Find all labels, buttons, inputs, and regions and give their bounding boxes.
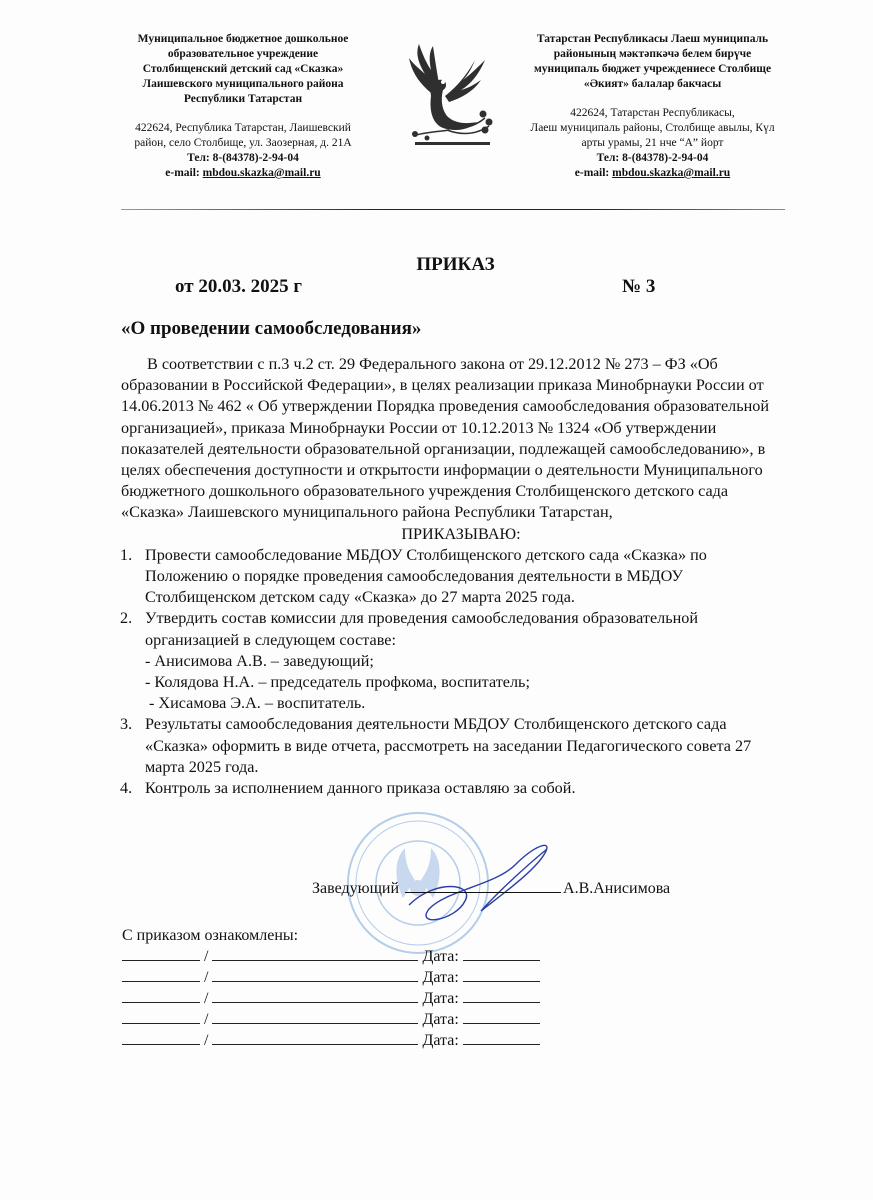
firebird-emblem-icon [385, 38, 495, 163]
acknowledgement-row: / Дата: [122, 967, 540, 988]
phone: Тел: 8-(84378)-2-94-04 [505, 151, 800, 166]
signer-position: Заведующий [312, 880, 399, 897]
signature-blank[interactable] [122, 988, 200, 1003]
commission-member: - Анисимова А.В. – заведующий; [121, 651, 801, 672]
signature-blank[interactable] [122, 1030, 200, 1045]
signature-blank[interactable] [122, 1009, 200, 1024]
email-link[interactable]: mbdou.skazka@mail.ru [612, 167, 730, 179]
item-number: 1. [120, 545, 132, 566]
email-label: e-mail: [165, 167, 202, 179]
preamble-line: бюджетного дошкольного образовательного … [121, 482, 728, 500]
order-items: 1. Провести самообследование МБДОУ Столб… [121, 545, 801, 799]
order-item: 2. Утвердить состав комиссии для проведе… [121, 608, 801, 650]
org-name-line: Татарстан Республикасы Лаеш муниципаль [505, 32, 800, 47]
acknowledgement-block: С приказом ознакомлены: / Дата: / Дата: … [122, 926, 540, 1051]
date-blank[interactable] [463, 946, 540, 961]
acknowledgement-row: / Дата: [122, 1030, 540, 1051]
header-left-russian: Муниципальное бюджетное дошкольное образ… [112, 32, 374, 181]
orders-heading: ПРИКАЗЫВАЮ: [121, 524, 801, 545]
preamble-line: показателей деятельности образовательной… [121, 440, 765, 458]
name-blank[interactable] [212, 946, 418, 961]
org-name-line: Столбищенский детский сад «Сказка» [112, 62, 374, 77]
date-label: Дата: [422, 1032, 458, 1049]
commission-member: - Колядова Н.А. – председатель профкома,… [121, 672, 801, 693]
document-body: В соответствии с п.3 ч.2 ст. 29 Федераль… [121, 354, 801, 799]
preamble-line: 14.06.2013 № 462 « Об утверждении Порядк… [121, 397, 769, 415]
org-name-line: «Әкият» балалар бакчасы [505, 77, 800, 92]
item-number: 4. [120, 778, 132, 799]
org-name-line: образовательное учреждение [112, 47, 374, 62]
order-item: 4. Контроль за исполнением данного прика… [121, 778, 801, 799]
date-label: Дата: [422, 1011, 458, 1028]
name-blank[interactable] [212, 1009, 418, 1024]
org-name-line: Республики Татарстан [112, 92, 374, 107]
item-number: 2. [120, 608, 132, 629]
date-blank[interactable] [463, 988, 540, 1003]
header-right-tatar: Татарстан Республикасы Лаеш муниципаль р… [505, 32, 800, 181]
signature-block: Заведующий А.В.Анисимова [312, 878, 670, 898]
order-date: от 20.03. 2025 г [175, 276, 302, 298]
preamble-line: целях обеспечения доступности и открытос… [121, 461, 763, 479]
date-label: Дата: [422, 948, 458, 965]
org-name-line: районының мәктәпкәчә белем бирүче [505, 47, 800, 62]
preamble-line: образовании в Российской Федерации», в ц… [121, 376, 764, 394]
signature-blank[interactable] [122, 946, 200, 961]
signature-line [405, 878, 561, 893]
email-line: e-mail: mbdou.skazka@mail.ru [505, 166, 800, 181]
org-name-line: муниципаль бюджет учреждениесе Столбище [505, 62, 800, 77]
address-line: район, село Столбище, ул. Заозерная, д. … [112, 136, 374, 151]
acknowledgement-row: / Дата: [122, 946, 540, 967]
date-blank[interactable] [463, 1009, 540, 1024]
address-line: 422624, Республика Татарстан, Лаишевский [112, 121, 374, 136]
email-line: e-mail: mbdou.skazka@mail.ru [112, 166, 374, 181]
document-page: Муниципальное бюджетное дошкольное образ… [0, 0, 873, 1200]
address-line: Лаеш муниципаль районы, Столбище авылы, … [505, 121, 800, 136]
email-label: e-mail: [575, 167, 612, 179]
acknowledgement-heading: С приказом ознакомлены: [122, 926, 540, 946]
signature-blank[interactable] [122, 967, 200, 982]
order-number: № 3 [622, 276, 655, 298]
acknowledgement-row: / Дата: [122, 1009, 540, 1030]
org-name-line: Муниципальное бюджетное дошкольное [112, 32, 374, 47]
preamble-line: В соответствии с п.3 ч.2 ст. 29 Федераль… [147, 355, 718, 373]
signer-name: А.В.Анисимова [563, 880, 670, 897]
name-blank[interactable] [212, 988, 418, 1003]
preamble: В соответствии с п.3 ч.2 ст. 29 Федераль… [121, 354, 801, 524]
address-line: 422624, Татарстан Республикасы, [505, 106, 800, 121]
phone: Тел: 8-(84378)-2-94-04 [112, 151, 374, 166]
name-blank[interactable] [212, 967, 418, 982]
item-number: 3. [120, 714, 132, 735]
org-name-line: Лаишевского муниципального района [112, 77, 374, 92]
date-blank[interactable] [463, 1030, 540, 1045]
preamble-line: организацией», приказа Минобрнауки Росси… [121, 419, 716, 437]
address-line: арты урамы, 21 нче “А” йорт [505, 136, 800, 151]
date-label: Дата: [422, 990, 458, 1007]
order-item: 1. Провести самообследование МБДОУ Столб… [121, 545, 801, 609]
order-item: 3. Результаты самообследования деятельно… [121, 714, 801, 778]
name-blank[interactable] [212, 1030, 418, 1045]
email-link[interactable]: mbdou.skazka@mail.ru [203, 167, 321, 179]
document-title: ПРИКАЗ [0, 254, 873, 276]
order-subject: «О проведении самообследования» [121, 318, 421, 340]
date-blank[interactable] [463, 967, 540, 982]
preamble-line: «Сказка» Лаишевского муниципального райо… [121, 503, 613, 521]
date-label: Дата: [422, 969, 458, 986]
commission-member: - Хисамова Э.А. – воспитатель. [121, 693, 801, 714]
acknowledgement-row: / Дата: [122, 988, 540, 1009]
header-divider [121, 209, 785, 210]
